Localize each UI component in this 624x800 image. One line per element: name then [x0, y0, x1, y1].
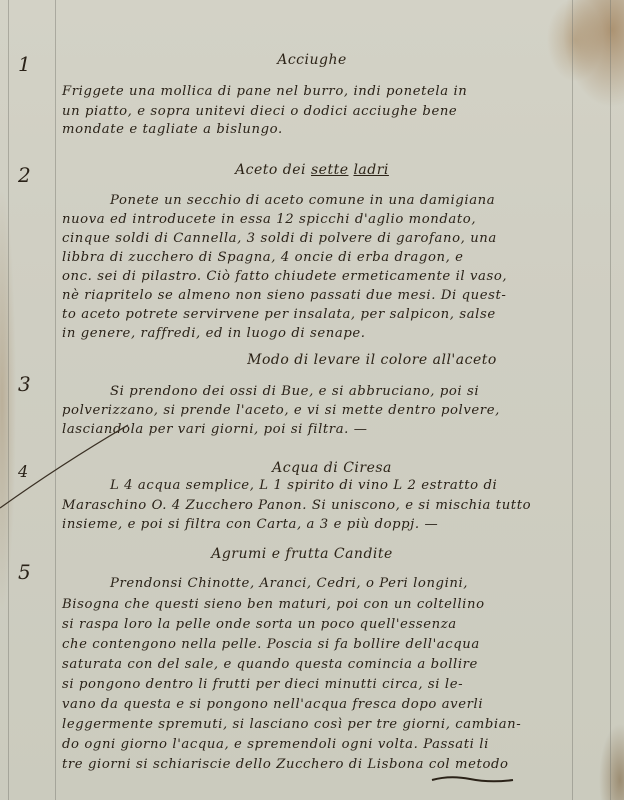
recipe-line: Bisogna che questi sieno ben maturi, poi…	[62, 597, 562, 612]
recipe-line: Prendonsi Chinotte, Aranci, Cedri, o Per…	[110, 576, 562, 591]
recipe-number: 5	[18, 560, 31, 584]
recipe-line: che contengono nella pelle. Poscia si fa…	[62, 637, 562, 652]
recipe-line: do ogni giorno l'acqua, e spremendoli og…	[62, 737, 562, 752]
recipe-line: polverizzano, si prende l'aceto, e vi si…	[62, 403, 562, 418]
recipe-line: vano da questa e si pongono nell'acqua f…	[62, 697, 562, 712]
recipe-line: saturata con del sale, e quando questa c…	[62, 657, 562, 672]
recipe-title-underlined: ladri	[353, 162, 388, 178]
recipe-line: nuova ed introducete in essa 12 spicchi …	[62, 212, 562, 227]
margin-rule	[572, 0, 573, 800]
recipe-title: Modo di levare il colore all'aceto	[60, 352, 624, 368]
end-flourish	[430, 775, 515, 783]
recipe-line: si raspa loro la pelle onde sorta un poc…	[62, 617, 562, 632]
margin-rule	[55, 0, 56, 800]
recipe-line: un piatto, e sopra unitevi dieci o dodic…	[62, 104, 562, 119]
recipe-line: Maraschino O. 4 Zucchero Panon. Si unisc…	[62, 498, 562, 513]
recipe-line: insieme, e poi si filtra con Carta, a 3 …	[62, 517, 562, 532]
manuscript-page: 1 Acciughe Friggete una mollica di pane …	[0, 0, 624, 800]
recipe-line: lasciandola per vari giorni, poi si filt…	[62, 422, 562, 437]
recipe-line: leggermente spremuti, si lasciano così p…	[62, 717, 562, 732]
recipe-line: Ponete un secchio di aceto comune in una…	[110, 193, 562, 208]
recipe-line: mondate e tagliate a bislungo.	[62, 122, 562, 137]
margin-rule	[610, 0, 611, 800]
recipe-title: Acqua di Ciresa	[20, 460, 624, 476]
recipe-line: to aceto potrete servirvene per insalata…	[62, 307, 562, 322]
recipe-line: onc. sei di pilastro. Ciò fatto chiudete…	[62, 269, 562, 284]
recipe-line: libbra di zucchero di Spagna, 4 oncie di…	[62, 250, 562, 265]
recipe-line: cinque soldi di Cannella, 3 soldi di pol…	[62, 231, 562, 246]
recipe-line: Friggete una mollica di pane nel burro, …	[62, 84, 562, 99]
recipe-number: 3	[18, 372, 31, 396]
recipe-title-part: Aceto dei	[235, 162, 311, 178]
recipe-title-underlined: sette	[311, 162, 349, 178]
recipe-line: tre giorni si schiariscie dello Zucchero…	[62, 757, 562, 772]
recipe-line: in genere, raffredi, ed in luogo di sena…	[62, 326, 562, 341]
recipe-line: L 4 acqua semplice, L 1 spirito di vino …	[110, 478, 562, 493]
recipe-line: Si prendono dei ossi di Bue, e si abbruc…	[110, 384, 562, 399]
recipe-title: Acciughe	[0, 52, 624, 68]
recipe-title: Agrumi e frutta Candite	[0, 546, 614, 562]
recipe-line: si pongono dentro li frutti per dieci mi…	[62, 677, 562, 692]
recipe-title: Aceto dei sette ladri	[0, 162, 624, 178]
recipe-line: nè riapritelo se almeno non sieno passat…	[62, 288, 562, 303]
margin-rule	[8, 0, 9, 800]
